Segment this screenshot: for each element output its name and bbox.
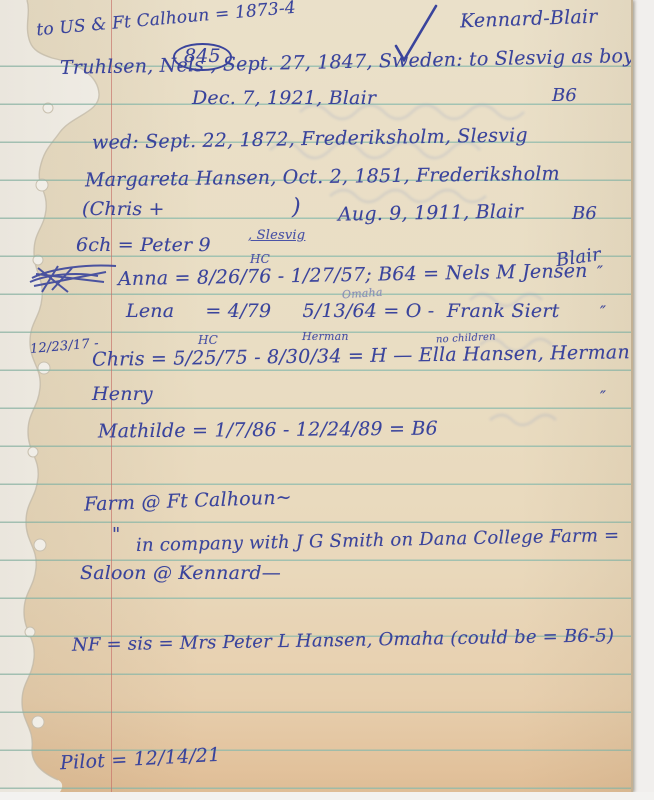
child-anna-line: Anna = 8/26/76 - 1/27/57; B64 = Nels M J… [118,261,588,290]
spouse-death-line: Aug. 9, 1911, Blair [338,201,523,225]
child-chris-line: Chris = 5/25/75 - 8/30/34 = H — Ella Han… [92,342,630,370]
note-source-date: Pilot = 12/14/21 [60,745,221,774]
note-relative: NF = sis = Mrs Peter L Hansen, Omaha (co… [72,626,614,655]
spouse-parents-close: ) [292,196,301,220]
marriage-line: wed: Sept. 22, 1872, Frederiksholm, Sles… [92,125,528,153]
child-anna-ditto: ″ [597,263,603,281]
child-lena-line: Lena = 4/79 5/13/64 = O - Frank Siert [126,301,559,322]
child-henry-line: Henry [92,384,153,405]
crossed-out-note [28,258,120,296]
scanned-genealogy-note: { "document_type": "handwritten genealog… [0,0,654,800]
spouse-parents-open: (Chris + [82,199,165,220]
spouse-death-code: B6 [572,204,597,224]
child-chris-ditto: ″ [600,388,606,406]
child-chris-sup-herman: Herman [302,331,349,343]
name-birth-line: Truhlsen, Nels , Sept. 27, 1847, Sweden:… [60,46,633,79]
notebook-page: to US & Ft Calhoun = 1873-4 845 Kennard-… [0,0,633,792]
note-saloon: Saloon @ Kennard— [80,563,281,584]
scanner-background [0,792,654,800]
death-code: B6 [552,86,577,106]
child-chris-margin-date: 12/23/17 - [30,337,100,357]
child-lena-ditto: ″ [600,303,606,321]
note-company: in company with J G Smith on Dana Colleg… [136,526,620,556]
note-farm: Farm @ Ft Calhoun~ [84,487,292,515]
spouse-line: Margareta Hansen, Oct. 2, 1851, Frederik… [85,164,560,192]
children-count-sup: , Slesvig [248,229,305,243]
child-anna-sup: HC [250,253,270,266]
child-chris-sup-hc: HC [198,334,218,347]
death-line: Dec. 7, 1921, Blair [192,88,376,109]
places-note: Kennard-Blair [460,7,598,33]
children-count-line: 6ch = Peter 9 [76,235,211,256]
child-mathilde-line: Mathilde = 1/7/86 - 12/24/89 = B6 [98,419,438,443]
note-company-ditto: " [112,525,120,545]
